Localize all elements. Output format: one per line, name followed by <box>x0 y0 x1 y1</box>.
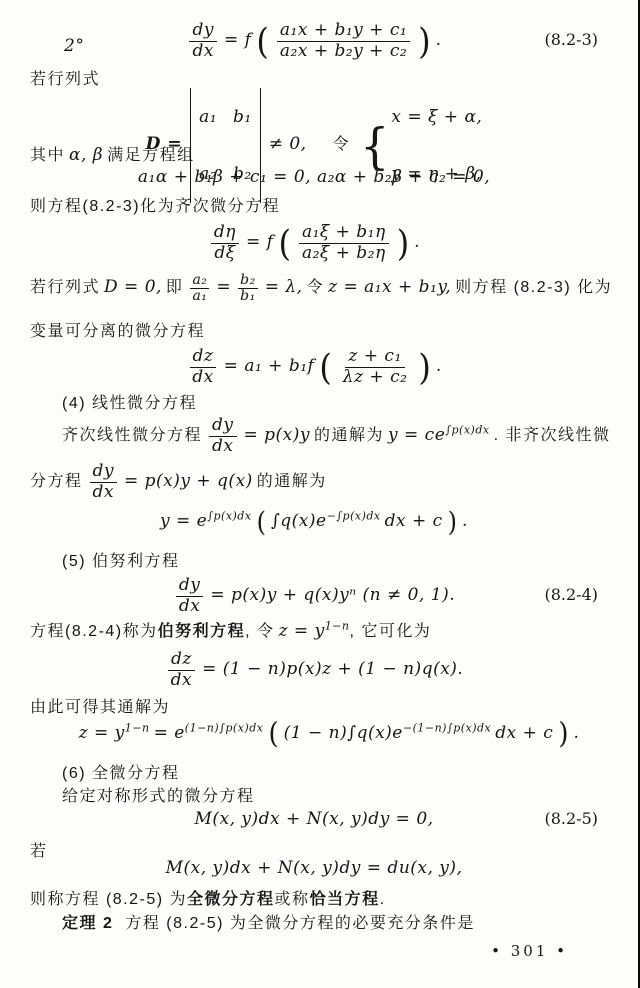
fraction-a2-a1: a₂a₁ <box>190 273 209 303</box>
denominator: b₁ <box>238 289 258 304</box>
display-bernoulli-solution: z = y1−n = e(1−n)∫p(x)dx ( (1 − n)∫q(x)e… <box>60 717 598 749</box>
text-run: 方程(8.2-4)称为 <box>30 623 158 640</box>
paragraph-nonhomogeneous-linear: 分方程 dydx = p(x)y + q(x) 的通解为 <box>30 460 598 502</box>
text-run: 的通解为 <box>257 473 327 490</box>
fraction-b2-b1: b₂b₁ <box>238 273 258 303</box>
exponent-integral: −∫p(x)dx <box>327 509 381 522</box>
math-run: = e(1−n)∫p(x)dx <box>154 723 264 743</box>
text-run: 的通解为 <box>314 427 384 444</box>
denominator: dx <box>189 42 216 61</box>
paragraph-separable: 变量可分离的微分方程 <box>30 318 598 341</box>
paragraph-hence-solution: 由此可得其通解为 <box>30 694 598 717</box>
math-run: z = y1−n <box>279 621 350 641</box>
text-run: . <box>380 891 386 908</box>
fraction-xi-eta: a₁ξ + b₁ηa₂ξ + b₂η <box>299 224 389 263</box>
display-equation-8-2-4: dydx = p(x)y + q(x)yⁿ (n ≠ 0, 1). (8.2-4… <box>30 572 598 618</box>
equals-sign: = <box>216 277 231 297</box>
left-paren: ( <box>278 225 290 261</box>
text-run: 则方程 (8.2-3) 化为 <box>455 279 612 296</box>
period: . <box>573 723 579 743</box>
fraction-dy-dx: dydx <box>90 463 118 502</box>
text-run: 满足方程组 <box>107 147 195 164</box>
numerator: a₁x + b₁y + c₁ <box>277 22 410 42</box>
denominator: dξ <box>211 244 238 263</box>
bold-term-bernoulli: 伯努利方程 <box>158 623 246 640</box>
equation-tag: (8.2-5) <box>544 806 598 832</box>
math-run: = (1 − n)p(x)z + (1 − n)q(x). <box>202 659 463 679</box>
numerator: b₂ <box>238 273 258 289</box>
matrix-entry-b1: b₁ <box>233 90 252 144</box>
paragraph-alpha-beta: 其中 α, β 满足方程组 <box>30 142 598 165</box>
denominator: a₂ξ + b₂η <box>299 244 389 263</box>
numerator: dz <box>190 348 217 368</box>
paragraph-homogeneous-linear: 齐次线性微分方程 dydx = p(x)y 的通解为 y = ce∫p(x)dx… <box>62 414 598 456</box>
right-paren: ) <box>448 509 457 536</box>
math-run: = p(x)y + q(x)yⁿ (n ≠ 0, 1). <box>210 585 455 605</box>
denominator: a₁ <box>190 289 209 304</box>
matrix-entry-a1: a₁ <box>199 90 217 144</box>
math-run: ∫q(x)e−∫p(x)dx <box>271 511 381 531</box>
fraction-dz-dx: dzdx <box>189 348 216 387</box>
math-run: = p(x)y <box>244 425 311 445</box>
theorem-label: 定理 2 <box>62 915 113 932</box>
math-run: dx + c <box>495 723 553 743</box>
period: . <box>414 232 420 252</box>
bold-term-total-differential: 全微分方程 <box>187 891 275 908</box>
numerator: dy <box>189 22 217 42</box>
fraction-dz-dx: dzdx <box>168 651 195 690</box>
paragraph-symmetric-form: 给定对称形式的微分方程 <box>62 783 598 806</box>
general-solution: y = ce <box>388 425 445 445</box>
math-run: z = y1−n <box>79 723 150 743</box>
equals-f: = f <box>246 232 273 252</box>
numerator: z + c₁ <box>345 348 404 368</box>
theorem-statement: 方程 (8.2-5) 为全微分方程的必要充分条件是 <box>125 915 475 932</box>
numerator: a₁ξ + b₁η <box>299 224 389 244</box>
exponent-integral: (1−n)∫p(x)dx <box>185 721 264 734</box>
math-run: M(x, y)dx + N(x, y)dy = 0, <box>194 809 433 829</box>
math-run: α, β <box>69 145 103 165</box>
math-run: (1 − n)∫q(x)e−(1−n)∫p(x)dx <box>284 723 492 743</box>
math-run: dx + c <box>385 511 443 531</box>
text-run: 其中 <box>30 147 65 164</box>
numerator: dy <box>90 463 118 483</box>
text-run: 若行列式 <box>30 279 100 296</box>
right-paren: ) <box>397 225 409 261</box>
paragraph-theorem-2: 定理 2 方程 (8.2-5) 为全微分方程的必要充分条件是 <box>62 910 598 933</box>
period: . <box>462 511 468 531</box>
display-equation-eta-xi: dηdξ = f ( a₁ξ + b₁ηa₂ξ + b₂η ) . <box>30 218 598 266</box>
math-run: y = e∫p(x)dx <box>160 511 252 531</box>
left-paren: ( <box>268 720 278 749</box>
text-run: , 它可化为 <box>350 623 432 640</box>
numerator: dy <box>209 417 237 437</box>
text-run: , 令 <box>245 623 274 640</box>
left-paren: ( <box>256 23 268 59</box>
numerator: dy <box>176 577 204 597</box>
paragraph-reduces-homogeneous: 则方程(8.2-3)化为齐次微分方程 <box>30 193 598 216</box>
paragraph-bernoulli: 方程(8.2-4)称为伯努利方程, 令 z = y1−n, 它可化为 <box>30 618 598 641</box>
math-run: = p(x)y + q(x) <box>124 471 253 491</box>
text-run: 即 <box>166 279 184 296</box>
denominator: a₂x + b₂y + c₂ <box>277 42 410 61</box>
numerator: dη <box>211 224 239 244</box>
right-paren: ) <box>418 349 430 385</box>
text-run: 齐次线性微分方程 <box>62 427 202 444</box>
display-linear-system: a₁α + b₁β + c₁ = 0, a₂α + b₂β + c₂ = 0, <box>30 167 598 187</box>
denominator: dx <box>176 597 203 616</box>
exponent-integral: ∫p(x)dx <box>207 509 251 522</box>
lhs: z = y <box>79 723 125 743</box>
page-number: • 301 • <box>491 942 568 960</box>
display-general-solution: y = e∫p(x)dx ( ∫q(x)e−∫p(x)dx dx + c ) . <box>30 505 598 537</box>
numerator: a₂ <box>190 273 209 289</box>
equation-tag: (8.2-4) <box>544 572 598 618</box>
denominator: dx <box>90 483 117 502</box>
display-equation-dz-dx: dzdx = a₁ + b₁f ( z + c₁λz + c₂ ) . <box>30 342 598 390</box>
fraction-linear: a₁x + b₁y + c₁a₂x + b₂y + c₂ <box>277 22 410 61</box>
denominator: dx <box>189 368 216 387</box>
exponent-integral: ∫p(x)dx <box>445 423 489 436</box>
text-run: 则称方程 (8.2-5) 为 <box>30 891 187 908</box>
fraction-dy-dx: dydx <box>189 22 217 61</box>
case-marker: 2° <box>64 22 84 70</box>
integrand: ∫q(x)e <box>271 511 327 531</box>
math-run: = λ, <box>265 277 303 297</box>
math-run: z = a₁x + b₁y, <box>328 277 451 297</box>
fraction-deta-dxi: dηdξ <box>211 224 239 263</box>
exponent-integral: −(1−n)∫p(x)dx <box>403 721 491 734</box>
section-item-4: (4) 线性微分方程 <box>62 390 598 413</box>
text-run: 分方程 <box>30 473 83 490</box>
section-item-6: (6) 全微分方程 <box>62 760 598 783</box>
lhs: y = e <box>160 511 207 531</box>
math-run: D = 0, <box>104 277 162 297</box>
fraction-z-c: z + c₁λz + c₂ <box>340 348 411 387</box>
scanned-textbook-page: 2° dydx = f ( a₁x + b₁y + c₁a₂x + b₂y + … <box>0 0 640 988</box>
right-paren: ) <box>558 720 568 749</box>
display-transformed-bernoulli: dzdx = (1 − n)p(x)z + (1 − n)q(x). <box>30 646 598 692</box>
denominator: dx <box>168 671 195 690</box>
text-run: 或称 <box>275 891 310 908</box>
paragraph-determinant-zero: 若行列式 D = 0, 即 a₂a₁ = b₂b₁ = λ, 令 z = a₁x… <box>30 266 598 308</box>
display-equation-8-2-5: M(x, y)dx + N(x, y)dy = 0, (8.2-5) <box>30 806 598 832</box>
display-total-differential: M(x, y)dx + N(x, y)dy = du(x, y), <box>30 858 598 878</box>
left-paren: ( <box>257 509 266 536</box>
exp-base: = e <box>154 723 185 743</box>
equation-tag: (8.2-3) <box>544 16 598 64</box>
numerator: dz <box>168 651 195 671</box>
paragraph-if-determinant: 若行列式 <box>30 66 598 89</box>
denominator: λz + c₂ <box>340 368 411 387</box>
math-run: y = ce∫p(x)dx <box>388 425 490 445</box>
bold-term-exact: 恰当方程 <box>310 891 380 908</box>
display-equation-8-2-3: 2° dydx = f ( a₁x + b₁y + c₁a₂x + b₂y + … <box>30 16 598 64</box>
right-paren: ) <box>418 23 430 59</box>
exponent: 1−n <box>325 619 350 632</box>
left-paren: ( <box>319 349 331 385</box>
text-run: 令 <box>307 279 325 296</box>
fraction-dy-dx: dydx <box>209 417 237 456</box>
case-x: x = ξ + α, <box>391 90 482 144</box>
fraction-dy-dx: dydx <box>176 577 204 616</box>
denominator: dx <box>209 437 236 456</box>
period: . <box>436 356 442 376</box>
period: . <box>436 30 442 50</box>
math-run: = a₁ + b₁f <box>224 356 315 376</box>
paragraph-exact-equation-def: 则称方程 (8.2-5) 为全微分方程或称恰当方程. <box>30 886 598 909</box>
text-run: . 非齐次线性微 <box>494 427 611 444</box>
equals-f: = f <box>224 30 251 50</box>
exponent: 1−n <box>125 721 150 734</box>
integrand: (1 − n)∫q(x)e <box>284 723 403 743</box>
substitution: z = y <box>279 621 325 641</box>
display-determinant-condition: D = a₁ b₁ a₂ b₂ ≠ 0, 令 { x = ξ + α, y = … <box>30 88 598 142</box>
section-item-5: (5) 伯努利方程 <box>62 548 598 571</box>
